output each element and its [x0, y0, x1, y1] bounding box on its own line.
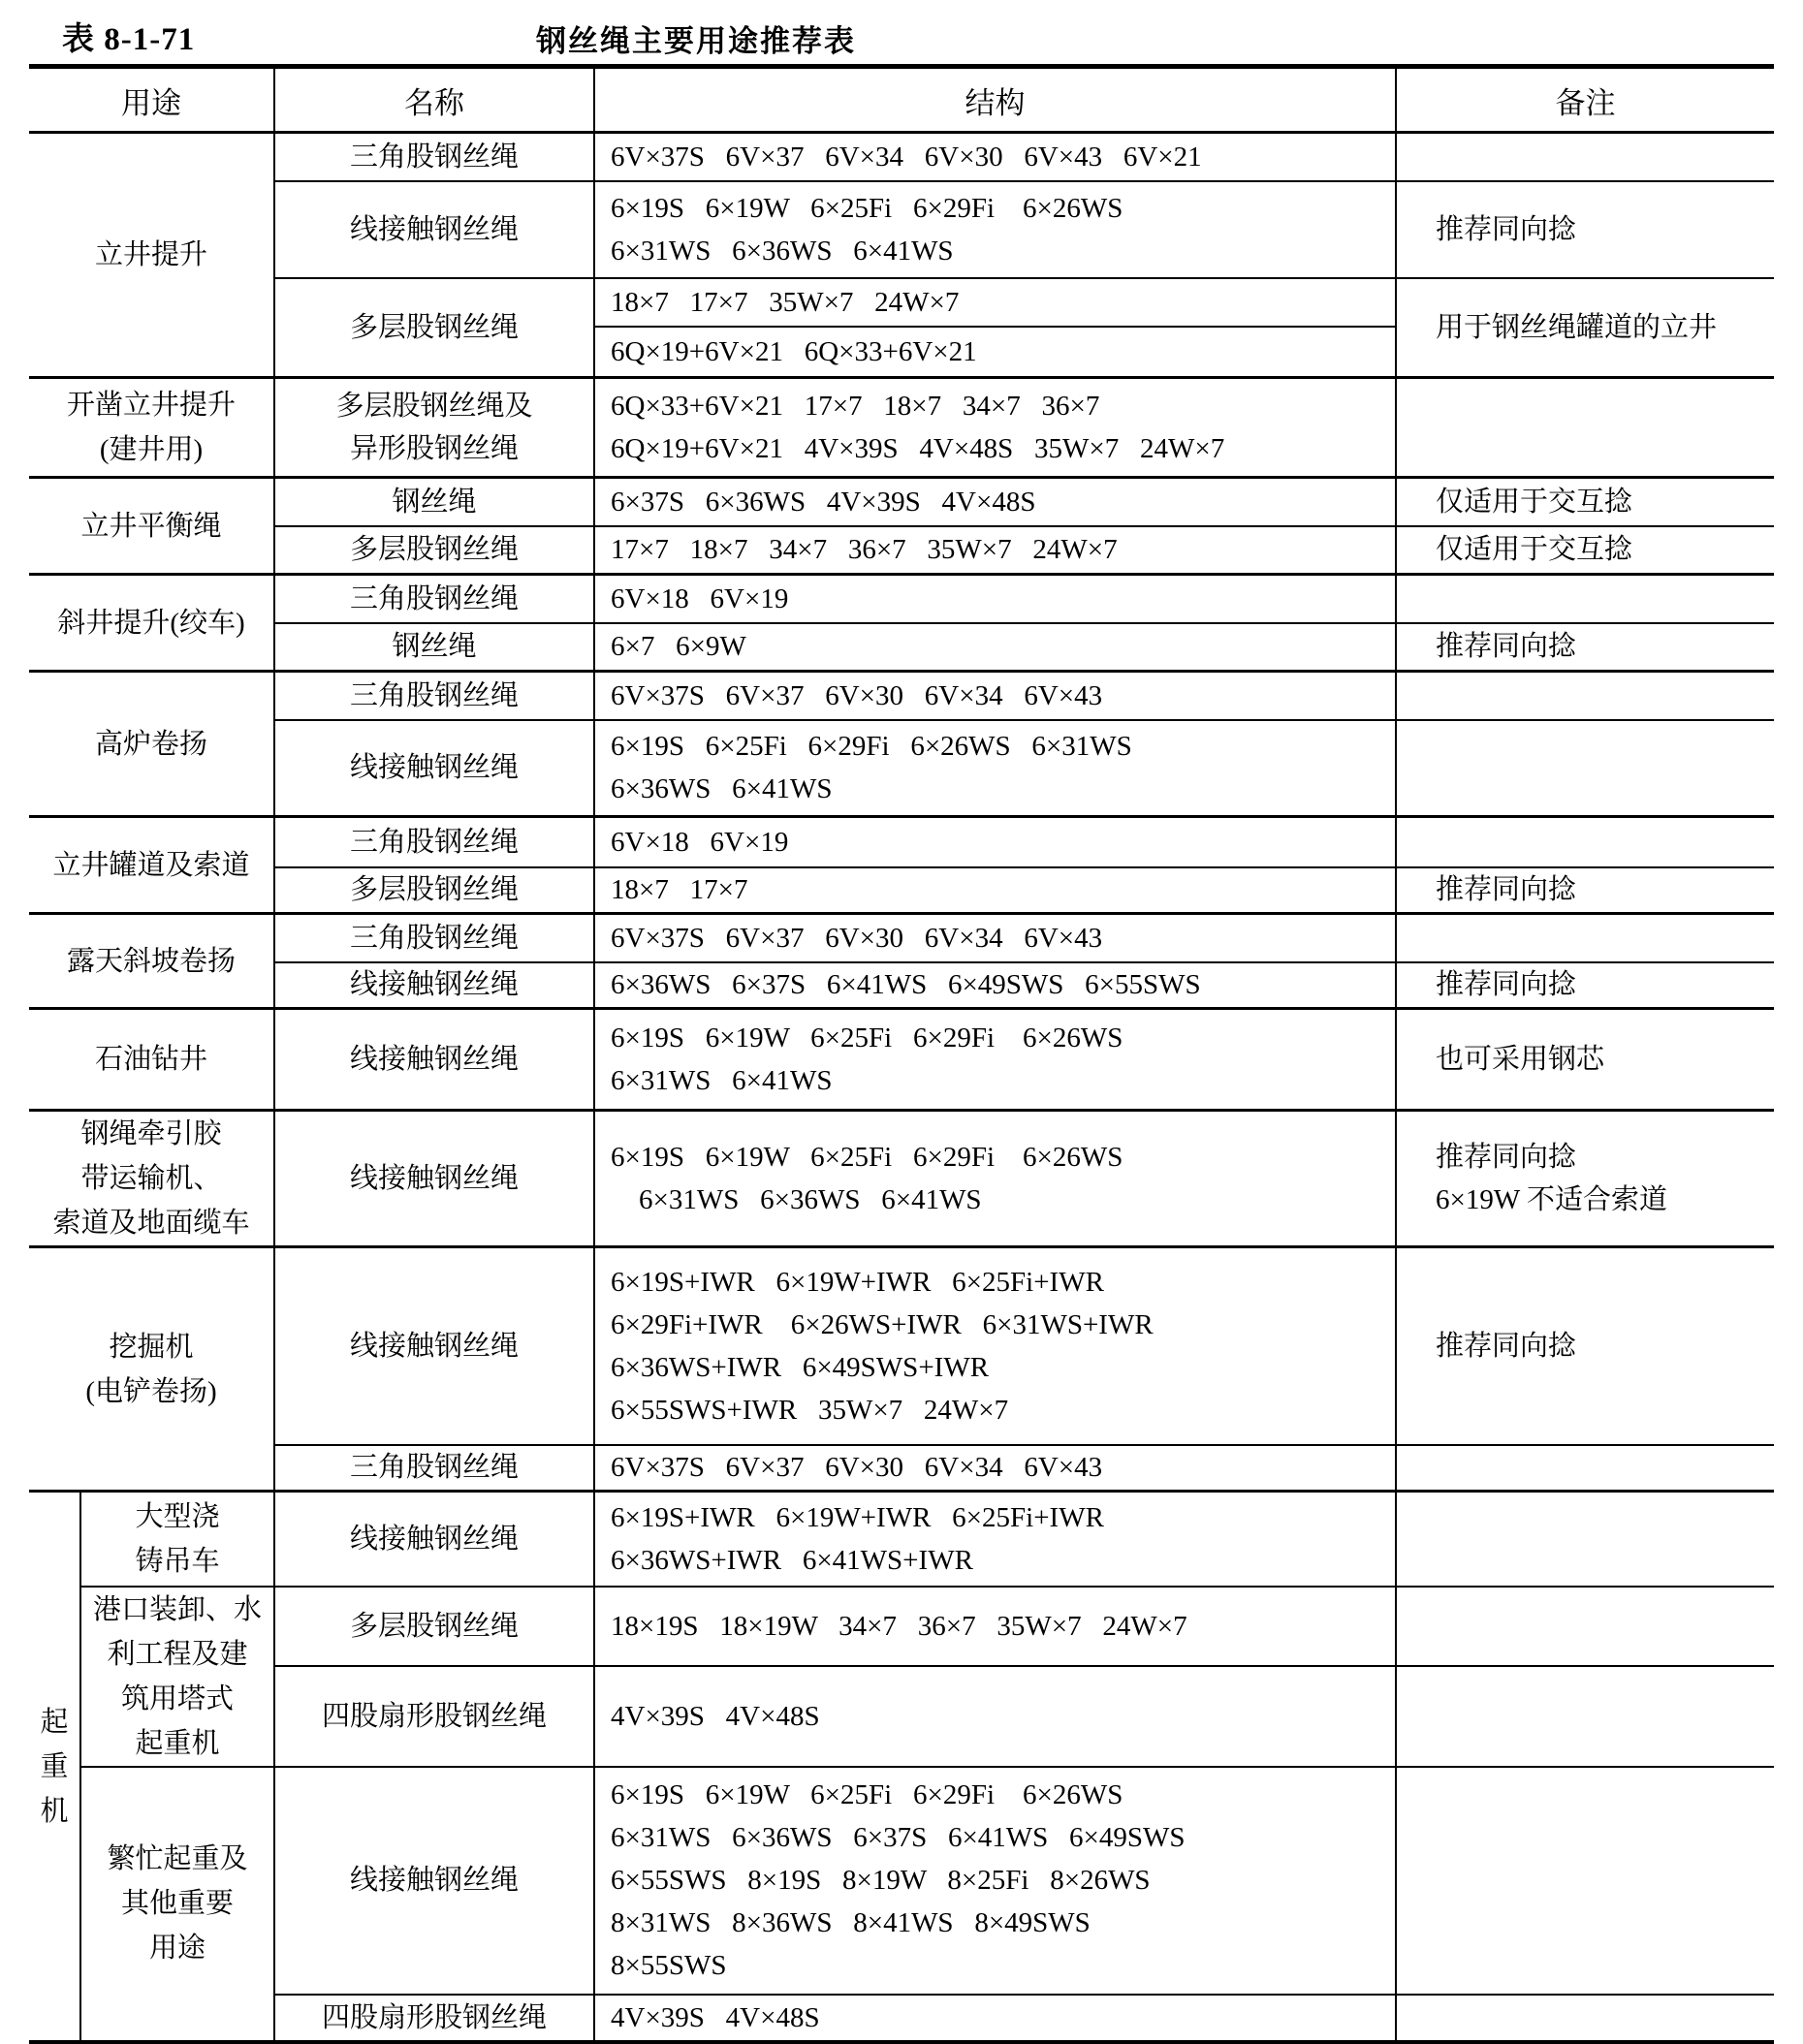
- remark-cell: [1396, 378, 1774, 478]
- table-row: 多层股钢丝绳 17×7 18×7 34×7 36×7 35W×7 24W×7 仅…: [29, 526, 1774, 575]
- table-label: 表 8-1-71: [62, 14, 195, 59]
- col-header-usage: 用途: [29, 67, 274, 133]
- structure-cell: 4V×39S 4V×48S: [594, 1666, 1396, 1767]
- table-row: 线接触钢丝绳 6×19S 6×19W 6×25Fi 6×29Fi 6×26WS …: [29, 181, 1774, 278]
- usage-cell: 开凿立井提升 (建井用): [29, 378, 274, 478]
- name-cell: 线接触钢丝绳: [274, 1492, 594, 1587]
- structure-cell: 17×7 18×7 34×7 36×7 35W×7 24W×7: [594, 526, 1396, 575]
- table-row: 露天斜坡卷扬 三角股钢丝绳 6V×37S 6V×37 6V×30 6V×34 6…: [29, 914, 1774, 962]
- usage-cell: 钢绳牵引胶 带运输机、 索道及地面缆车: [29, 1111, 274, 1247]
- structure-cell: 6V×18 6V×19: [594, 817, 1396, 867]
- remark-cell: [1396, 720, 1774, 817]
- name-cell: 线接触钢丝绳: [274, 962, 594, 1009]
- structure-cell: 6×19S 6×19W 6×25Fi 6×29Fi 6×26WS 6×31WS …: [594, 1009, 1396, 1111]
- table-row: 石油钻井 线接触钢丝绳 6×19S 6×19W 6×25Fi 6×29Fi 6×…: [29, 1009, 1774, 1111]
- name-cell: 钢丝绳: [274, 478, 594, 526]
- structure-cell: 6×19S 6×25Fi 6×29Fi 6×26WS 6×31WS 6×36WS…: [594, 720, 1396, 817]
- name-cell: 线接触钢丝绳: [274, 181, 594, 278]
- remark-cell: [1396, 672, 1774, 720]
- name-cell: 线接触钢丝绳: [274, 1247, 594, 1445]
- structure-cell: 4V×39S 4V×48S: [594, 1995, 1396, 2043]
- usage-cell: 斜井提升(绞车): [29, 575, 274, 672]
- name-cell: 三角股钢丝绳: [274, 133, 594, 181]
- table-row: 立井平衡绳 钢丝绳 6×37S 6×36WS 4V×39S 4V×48S 仅适用…: [29, 478, 1774, 526]
- remark-cell: 仅适用于交互捻: [1396, 526, 1774, 575]
- table-row: 港口装卸、水 利工程及建 筑用塔式 起重机 多层股钢丝绳 18×19S 18×1…: [29, 1587, 1774, 1666]
- structure-cell: 18×19S 18×19W 34×7 36×7 35W×7 24W×7: [594, 1587, 1396, 1666]
- structure-cell: 6V×37S 6V×37 6V×30 6V×34 6V×43: [594, 1445, 1396, 1492]
- structure-cell: 6×19S+IWR 6×19W+IWR 6×25Fi+IWR 6×29Fi+IW…: [594, 1247, 1396, 1445]
- name-cell: 多层股钢丝绳: [274, 867, 594, 914]
- table-row: 斜井提升(绞车) 三角股钢丝绳 6V×18 6V×19: [29, 575, 1774, 623]
- table-row: 高炉卷扬 三角股钢丝绳 6V×37S 6V×37 6V×30 6V×34 6V×…: [29, 672, 1774, 720]
- name-cell: 四股扇形股钢丝绳: [274, 1995, 594, 2043]
- name-cell: 四股扇形股钢丝绳: [274, 1666, 594, 1767]
- usage-cell: 石油钻井: [29, 1009, 274, 1111]
- col-header-name: 名称: [274, 67, 594, 133]
- name-cell: 多层股钢丝绳: [274, 1587, 594, 1666]
- remark-cell: 推荐同向捻: [1396, 623, 1774, 672]
- name-cell: 多层股钢丝绳及 异形股钢丝绳: [274, 378, 594, 478]
- table-row: 多层股钢丝绳 18×7 17×7 推荐同向捻: [29, 867, 1774, 914]
- name-cell: 线接触钢丝绳: [274, 720, 594, 817]
- table-row: 线接触钢丝绳 6×19S 6×25Fi 6×29Fi 6×26WS 6×31WS…: [29, 720, 1774, 817]
- table-row: 四股扇形股钢丝绳 4V×39S 4V×48S: [29, 1995, 1774, 2043]
- structure-cell: 6Q×19+6V×21 6Q×33+6V×21: [594, 327, 1396, 378]
- sub-usage-cell: 大型浇 铸吊车: [80, 1492, 274, 1587]
- remark-cell: 也可采用钢芯: [1396, 1009, 1774, 1111]
- remark-cell: 推荐同向捻: [1396, 181, 1774, 278]
- table-row: 起重机 大型浇 铸吊车 线接触钢丝绳 6×19S+IWR 6×19W+IWR 6…: [29, 1492, 1774, 1587]
- structure-cell: 6×37S 6×36WS 4V×39S 4V×48S: [594, 478, 1396, 526]
- table-row: 钢丝绳 6×7 6×9W 推荐同向捻: [29, 623, 1774, 672]
- usage-cell: 立井平衡绳: [29, 478, 274, 575]
- name-cell: 三角股钢丝绳: [274, 914, 594, 962]
- structure-cell: 18×7 17×7 35W×7 24W×7: [594, 278, 1396, 327]
- structure-cell: 6×7 6×9W: [594, 623, 1396, 672]
- title-bar: 表 8-1-71 钢丝绳主要用途推荐表: [0, 0, 1803, 64]
- remark-cell: [1396, 1587, 1774, 1666]
- name-cell: 线接触钢丝绳: [274, 1767, 594, 1995]
- col-header-structure: 结构: [594, 67, 1396, 133]
- remark-cell: [1396, 575, 1774, 623]
- usage-cell: 立井提升: [29, 133, 274, 378]
- structure-cell: 6V×37S 6V×37 6V×30 6V×34 6V×43: [594, 672, 1396, 720]
- name-cell: 三角股钢丝绳: [274, 1445, 594, 1492]
- remark-cell: [1396, 1767, 1774, 1995]
- remark-cell: [1396, 1666, 1774, 1767]
- remark-cell: [1396, 1492, 1774, 1587]
- remark-cell: 推荐同向捻: [1396, 962, 1774, 1009]
- remark-cell: 推荐同向捻: [1396, 867, 1774, 914]
- structure-cell: 6×19S 6×19W 6×25Fi 6×29Fi 6×26WS 6×31WS …: [594, 1767, 1396, 1995]
- name-cell: 多层股钢丝绳: [274, 278, 594, 378]
- wire-rope-usage-table: 用途 名称 结构 备注 立井提升 三角股钢丝绳 6V×37S 6V×37 6V×…: [29, 64, 1774, 2044]
- remark-cell: 推荐同向捻 6×19W 不适合索道: [1396, 1111, 1774, 1247]
- remark-cell: [1396, 914, 1774, 962]
- table-row: 立井提升 三角股钢丝绳 6V×37S 6V×37 6V×34 6V×30 6V×…: [29, 133, 1774, 181]
- table-row: 三角股钢丝绳 6V×37S 6V×37 6V×30 6V×34 6V×43: [29, 1445, 1774, 1492]
- table-row: 繁忙起重及 其他重要 用途 线接触钢丝绳 6×19S 6×19W 6×25Fi …: [29, 1767, 1774, 1995]
- structure-cell: 6Q×33+6V×21 17×7 18×7 34×7 36×7 6Q×19+6V…: [594, 378, 1396, 478]
- structure-cell: 6×19S 6×19W 6×25Fi 6×29Fi 6×26WS 6×31WS …: [594, 181, 1396, 278]
- name-cell: 线接触钢丝绳: [274, 1111, 594, 1247]
- structure-cell: 6V×37S 6V×37 6V×34 6V×30 6V×43 6V×21: [594, 133, 1396, 181]
- name-cell: 三角股钢丝绳: [274, 817, 594, 867]
- name-cell: 多层股钢丝绳: [274, 526, 594, 575]
- table-row: 挖掘机 (电铲卷扬) 线接触钢丝绳 6×19S+IWR 6×19W+IWR 6×…: [29, 1247, 1774, 1445]
- structure-cell: 6V×18 6V×19: [594, 575, 1396, 623]
- remark-cell: 用于钢丝绳罐道的立井: [1396, 278, 1774, 378]
- remark-cell: [1396, 817, 1774, 867]
- name-cell: 三角股钢丝绳: [274, 672, 594, 720]
- table-row: 四股扇形股钢丝绳 4V×39S 4V×48S: [29, 1666, 1774, 1767]
- remark-cell: 推荐同向捻: [1396, 1247, 1774, 1445]
- usage-cell: 高炉卷扬: [29, 672, 274, 817]
- structure-cell: 6×19S+IWR 6×19W+IWR 6×25Fi+IWR 6×36WS+IW…: [594, 1492, 1396, 1587]
- name-cell: 线接触钢丝绳: [274, 1009, 594, 1111]
- table-row: 线接触钢丝绳 6×36WS 6×37S 6×41WS 6×49SWS 6×55S…: [29, 962, 1774, 1009]
- structure-cell: 6×19S 6×19W 6×25Fi 6×29Fi 6×26WS 6×31WS …: [594, 1111, 1396, 1247]
- header-row: 用途 名称 结构 备注: [29, 67, 1774, 133]
- remark-cell: 仅适用于交互捻: [1396, 478, 1774, 526]
- name-cell: 三角股钢丝绳: [274, 575, 594, 623]
- col-header-remark: 备注: [1396, 67, 1774, 133]
- table-row: 钢绳牵引胶 带运输机、 索道及地面缆车 线接触钢丝绳 6×19S 6×19W 6…: [29, 1111, 1774, 1247]
- structure-cell: 18×7 17×7: [594, 867, 1396, 914]
- usage-group-cell: 起重机: [29, 1492, 80, 2043]
- usage-cell: 挖掘机 (电铲卷扬): [29, 1247, 274, 1492]
- table-title: 钢丝绳主要用途推荐表: [536, 16, 856, 60]
- table-row: 立井罐道及索道 三角股钢丝绳 6V×18 6V×19: [29, 817, 1774, 867]
- usage-cell: 立井罐道及索道: [29, 817, 274, 914]
- table-row: 开凿立井提升 (建井用) 多层股钢丝绳及 异形股钢丝绳 6Q×33+6V×21 …: [29, 378, 1774, 478]
- remark-cell: [1396, 133, 1774, 181]
- name-cell: 钢丝绳: [274, 623, 594, 672]
- remark-cell: [1396, 1995, 1774, 2043]
- usage-cell: 露天斜坡卷扬: [29, 914, 274, 1009]
- structure-cell: 6×36WS 6×37S 6×41WS 6×49SWS 6×55SWS: [594, 962, 1396, 1009]
- remark-cell: [1396, 1445, 1774, 1492]
- sub-usage-cell: 港口装卸、水 利工程及建 筑用塔式 起重机: [80, 1587, 274, 1767]
- structure-cell: 6V×37S 6V×37 6V×30 6V×34 6V×43: [594, 914, 1396, 962]
- sub-usage-cell: 繁忙起重及 其他重要 用途: [80, 1767, 274, 2043]
- table-row: 多层股钢丝绳 18×7 17×7 35W×7 24W×7 用于钢丝绳罐道的立井: [29, 278, 1774, 327]
